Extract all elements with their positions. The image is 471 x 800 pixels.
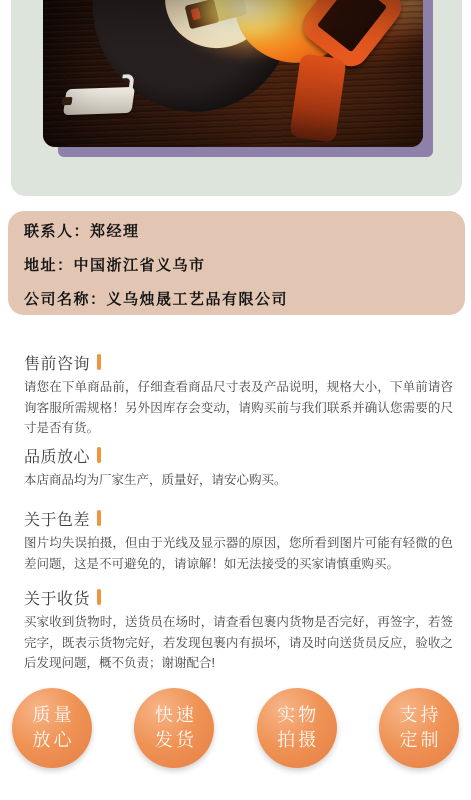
section-title: 关于收货 [24, 586, 90, 609]
badge-text: 快速 [152, 703, 197, 728]
badge-text: 拍摄 [274, 728, 319, 753]
section-title: 售前咨询 [24, 351, 90, 374]
badge-text: 实物 [274, 703, 319, 728]
contact-address: 地址：中国浙江省义乌市 [24, 254, 449, 275]
section-title: 品质放心 [24, 444, 90, 467]
orange-bar-icon [97, 510, 101, 526]
photo-vignette [43, 0, 423, 147]
section-color-difference: 关于色差 图片均失误拍摄，但由于光线及显示器的原因，您所看到图片可能有轻微的色差… [24, 508, 453, 574]
section-title-row: 关于收货 [24, 587, 453, 607]
badge-text: 质量 [30, 703, 75, 728]
badge-fast-shipping: 快速 发货 [134, 688, 214, 768]
section-title-row: 品质放心 [24, 445, 453, 465]
section-quality: 品质放心 本店商品均为厂家生产，质量好，请安心购买。 [24, 445, 453, 491]
section-body: 买家收到货物时，送货员在场时，请查看包裹内货物是否完好，再签字，若签完字，既表示… [24, 612, 453, 674]
section-title-row: 售前咨询 [24, 352, 453, 372]
orange-bar-icon [97, 447, 101, 463]
section-delivery: 关于收货 买家收到货物时，送货员在场时，请查看包裹内货物是否完好，再签字，若签完… [24, 587, 453, 674]
badge-customization: 支持 定制 [379, 688, 459, 768]
section-title-row: 关于色差 [24, 508, 453, 528]
contact-person: 联系人：郑经理 [24, 220, 449, 241]
contact-card: 联系人：郑经理 地址：中国浙江省义乌市 公司名称：义乌烛晟工艺品有限公司 [8, 211, 465, 315]
section-title: 关于色差 [24, 507, 90, 530]
badge-text: 放心 [30, 728, 75, 753]
orange-bar-icon [97, 589, 101, 605]
section-presale: 售前咨询 请您在下单商品前，仔细查看商品尺寸表及产品说明，规格大小，下单前请咨询… [24, 352, 453, 439]
badge-row: 质量 放心 快速 发货 实物 拍摄 支持 定制 [12, 688, 459, 768]
section-body: 请您在下单商品前，仔细查看商品尺寸表及产品说明，规格大小，下单前请咨询客服所需规… [24, 377, 453, 439]
hero-card [11, 0, 462, 196]
badge-real-photos: 实物 拍摄 [257, 688, 337, 768]
orange-bar-icon [97, 354, 101, 370]
badge-text: 发货 [152, 728, 197, 753]
contact-company: 公司名称：义乌烛晟工艺品有限公司 [24, 288, 449, 309]
badge-quality: 质量 放心 [12, 688, 92, 768]
section-body: 本店商品均为厂家生产，质量好，请安心购买。 [24, 470, 453, 491]
badge-text: 定制 [396, 728, 441, 753]
badge-text: 支持 [396, 703, 441, 728]
section-body: 图片均失误拍摄，但由于光线及显示器的原因，您所看到图片可能有轻微的色差问题，这是… [24, 533, 453, 574]
product-photo [43, 0, 423, 147]
